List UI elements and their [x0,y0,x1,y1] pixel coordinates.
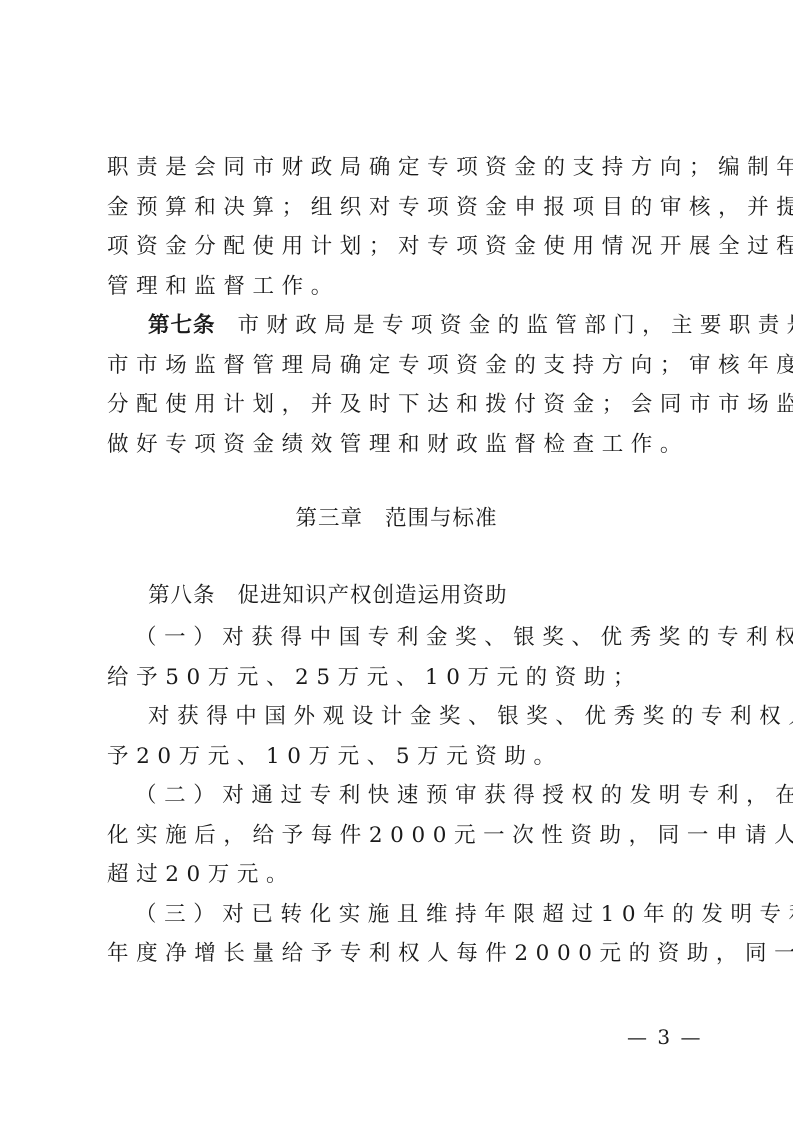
chapter-title: 范围与标准 [385,506,498,531]
item-3-line: （三）对已转化实施且维持年限超过10年的发明专利，按照 [107,895,695,935]
document-page: 职责是会同市财政局确定专项资金的支持方向；编制年度专项资 金预算和决算；组织对专… [0,0,793,1122]
item-1b-line: 予20万元、10万元、5万元资助。 [107,737,695,777]
text-line: 管理和监督工作。 [107,267,695,307]
text-line: 项资金分配使用计划；对专项资金使用情况开展全过程预算绩效 [107,227,695,267]
article-8-label: 第八条 [148,583,216,608]
text-line: 金预算和决算；组织对专项资金申报项目的审核，并提出年度专 [107,188,695,228]
article-7: 第七条市财政局是专项资金的监管部门，主要职责是会同 市市场监督管理局确定专项资金… [107,306,695,464]
article-7-text: 市财政局是专项资金的监管部门，主要职责是会同 [238,313,793,338]
article-7-label: 第七条 [148,313,216,338]
text-line: 市市场监督管理局确定专项资金的支持方向；审核年度专项资金 [107,346,695,386]
text-line: 职责是会同市财政局确定专项资金的支持方向；编制年度专项资 [107,148,695,188]
article-8-title: 促进知识产权创造运用资助 [238,583,508,608]
chapter-number: 第三章 [295,506,363,531]
article-7-first-line: 第七条市财政局是专项资金的监管部门，主要职责是会同 [107,306,695,346]
article-8: 第八条促进知识产权创造运用资助 [107,576,695,616]
item-1-line: （一）对获得中国专利金奖、银奖、优秀奖的专利权人分别 [107,618,695,658]
item-2-line: （二）对通过专利快速预审获得授权的发明专利，在专利转 [107,776,695,816]
item-3-line: 年度净增长量给予专利权人每件2000元的资助，同一专利权人年 [107,934,695,974]
item-2-line: 超过20万元。 [107,855,695,895]
item-1b-line: 对获得中国外观设计金奖、银奖、优秀奖的专利权人分别给 [107,697,695,737]
item-1-line: 给予50万元、25万元、10万元的资助； [107,658,695,698]
chapter-heading: 第三章范围与标准 [0,503,793,535]
item-2-line: 化实施后，给予每件2000元一次性资助，同一申请人年度资助不 [107,816,695,856]
text-line: 分配使用计划，并及时下达和拨付资金；会同市市场监督管理局 [107,385,695,425]
paragraph-responsibilities: 职责是会同市财政局确定专项资金的支持方向；编制年度专项资 金预算和决算；组织对专… [107,148,695,306]
text-line: 做好专项资金绩效管理和财政监督检查工作。 [107,425,695,465]
article-8-items: （一）对获得中国专利金奖、银奖、优秀奖的专利权人分别 给予50万元、25万元、1… [107,618,695,974]
article-8-heading: 第八条促进知识产权创造运用资助 [107,576,695,616]
page-number: — 3 — [627,1025,702,1049]
